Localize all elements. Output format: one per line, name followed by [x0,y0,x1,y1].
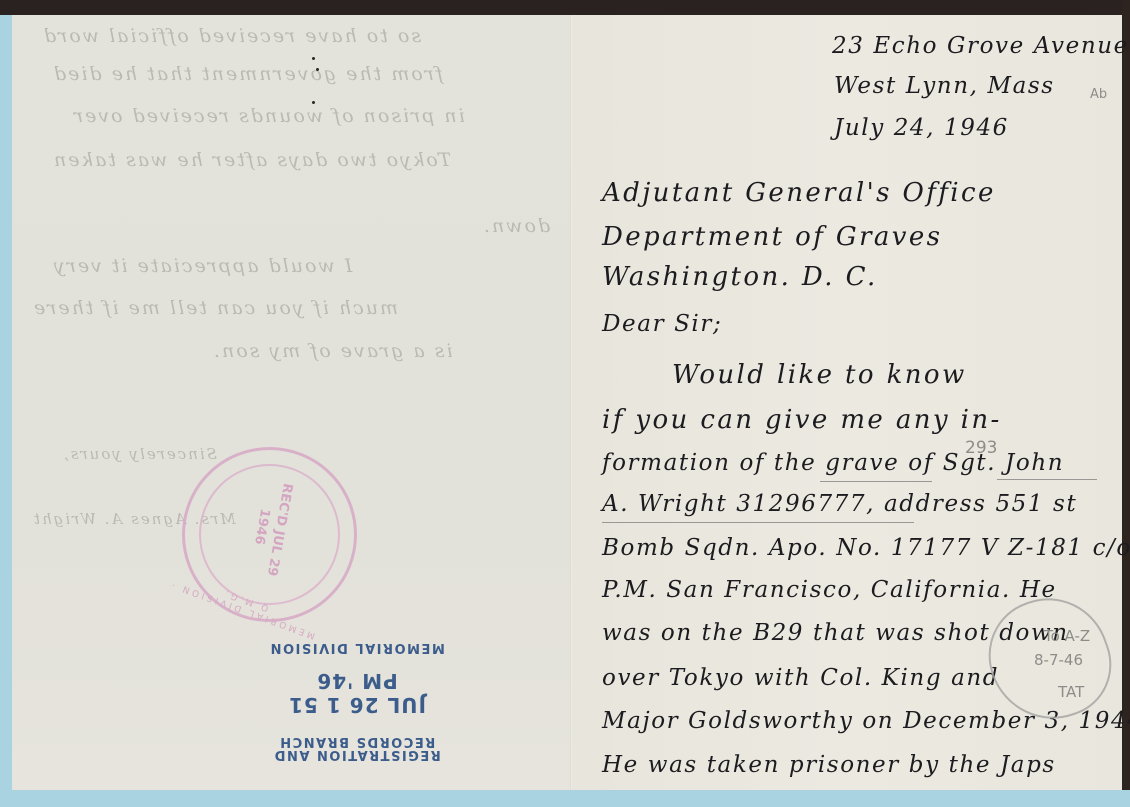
letter-sheet: so to have received official word from t… [12,15,1122,790]
blue-stamp-division: MEMORIAL DIVISION [267,640,447,655]
bleed-line: I would appreciate it very [52,255,352,277]
sender-address-street: 23 Echo Grove Avenue [832,33,1129,59]
bleed-line: Tokyo two days after he was taken [52,149,451,171]
left-page: so to have received official word from t… [12,15,572,790]
bleed-line: in prison of wounds received over [72,105,465,127]
body-line: Bomb Sqdn. Apo. No. 17177 V Z-181 c/o [602,535,1130,561]
bleed-line: much if you can tell me if there [32,297,398,319]
body-line: over Tokyo with Col. King and [602,665,999,691]
body-line: He was taken prisoner by the Japs [602,752,1056,778]
pencil-underline-serial [602,522,914,523]
blue-stamp-line1: REGISTRATION AND [267,748,447,761]
bleed-line: from the government that he died [52,63,443,85]
letter-date: July 24, 1946 [834,115,1009,141]
red-received-stamp: MEMORIAL DIVISION · Q.M.G. REC'D JUL 29 … [182,447,357,622]
ink-speck [312,101,315,104]
pencil-mark-ab: Ab [1090,87,1107,102]
bleed-line: so to have received official word [42,25,421,47]
recipient-line3: Washington. D. C. [602,262,878,292]
bleed-line: is a grave of my son. [212,340,453,362]
body-line: Would like to know [672,360,967,390]
body-line: if you can give me any in- [602,405,1002,435]
pencil-number-293: 293 [965,438,997,458]
recipient-line1: Adjutant General's Office [602,178,996,208]
blue-stamp-date: JUL 26 1 51 PM '46 [267,669,447,717]
pencil-underline-name [997,479,1097,480]
bleed-line: down. [482,215,550,237]
salutation: Dear Sir; [602,311,722,337]
sender-address-city: West Lynn, Mass [834,73,1055,99]
pencil-underline-grave [820,481,932,482]
bleed-line: Sincerely yours, [62,445,217,463]
body-line: A. Wright 31296777, address 551 st [602,491,1077,517]
recipient-line2: Department of Graves [602,222,942,252]
ink-speck [312,57,315,60]
blue-registration-stamp: REGISTRATION AND RECORDS BRANCH JUL 26 1… [267,640,447,761]
ink-speck [316,68,319,71]
scan-right-border [1122,0,1130,790]
blue-stamp-line2: RECORDS BRANCH [267,735,447,748]
scan-top-border [0,0,1130,15]
body-line: P.M. San Francisco, California. He [602,577,1057,603]
